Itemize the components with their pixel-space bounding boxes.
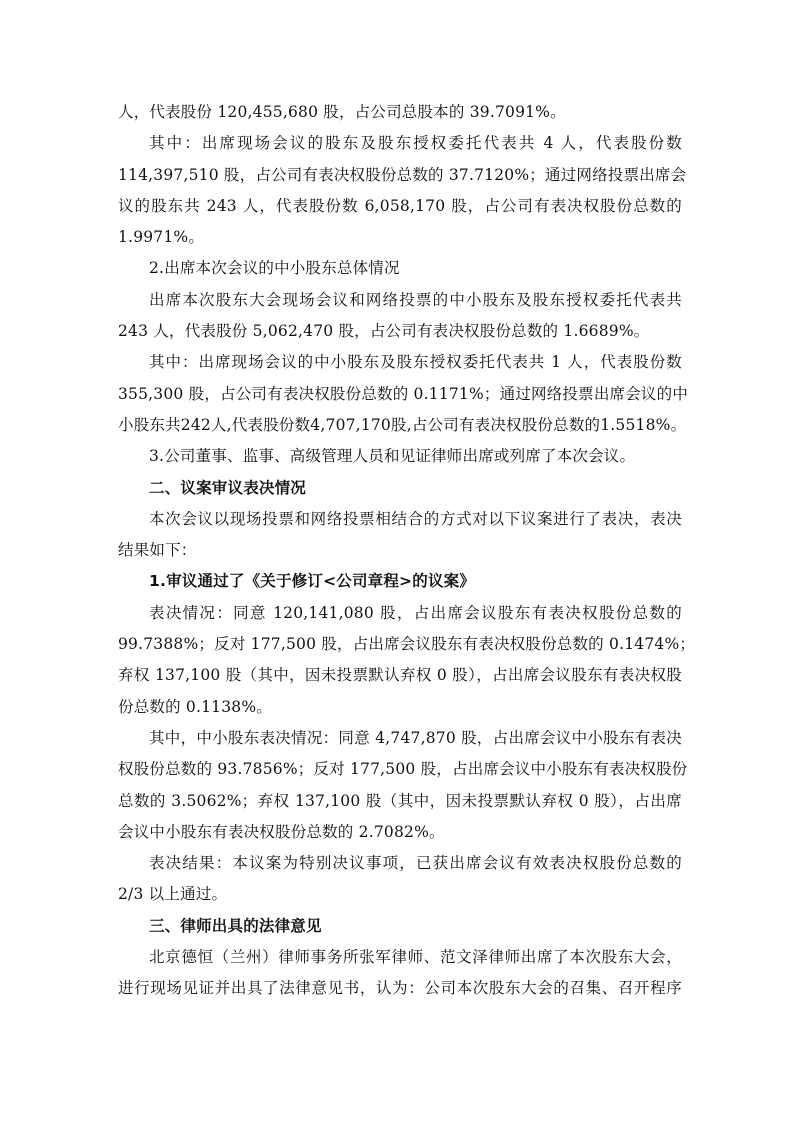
text-line: 小股东共242人,代表股份数4,707,170股,占公司有表决权股份总数的1.5… — [118, 410, 682, 441]
text-line: 表决结果：本议案为特别决议事项，已获出席会议有效表决权股份总数的 — [118, 848, 682, 879]
text-line: 弃权 137,100 股（其中，因未投票默认弃权 0 股），占出席会议股东有表决… — [118, 660, 682, 691]
text-line: 其中，中小股东表决情况：同意 4,747,870 股，占出席会议中小股东有表决 — [118, 723, 682, 754]
text-line: 其中：出席现场会议的股东及股东授权委托代表共 4 人，代表股份数 — [118, 128, 682, 159]
text-line: 114,397,510 股，占公司有表决权股份总数的 37.7120%；通过网络… — [118, 160, 682, 191]
text-line: 总数的 3.5062%；弃权 137,100 股（其中，因未投票默认弃权 0 股… — [118, 786, 682, 817]
text-line: 进行现场见证并出具了法律意见书，认为：公司本次股东大会的召集、召开程序 — [118, 973, 682, 1004]
section-heading: 1.审议通过了《关于修订<公司章程>的议案》 — [118, 566, 682, 597]
text-line: 议的股东共 243 人，代表股份数 6,058,170 股，占公司有表决权股份总… — [118, 191, 682, 222]
text-line: 份总数的 0.1138%。 — [118, 692, 682, 723]
text-line: 出席本次股东大会现场会议和网络投票的中小股东及股东授权委托代表共 — [118, 285, 682, 316]
text-line: 权股份总数的 93.7856%；反对 177,500 股，占出席会议中小股东有表… — [118, 754, 682, 785]
text-line: 1.9971%。 — [118, 222, 682, 253]
text-line: 会议中小股东有表决权股份总数的 2.7082%。 — [118, 817, 682, 848]
text-line: 表决情况：同意 120,141,080 股，占出席会议股东有表决权股份总数的 — [118, 598, 682, 629]
text-line: 其中：出席现场会议的中小股东及股东授权委托代表共 1 人，代表股份数 — [118, 347, 682, 378]
text-line: 北京德恒（兰州）律师事务所张军律师、范文泽律师出席了本次股东大会， — [118, 942, 682, 973]
text-line: 本次会议以现场投票和网络投票相结合的方式对以下议案进行了表决，表决 — [118, 504, 682, 535]
text-line: 结果如下： — [118, 535, 682, 566]
section-heading: 三、律师出具的法律意见 — [118, 911, 682, 942]
text-line: 3.公司董事、监事、高级管理人员和见证律师出席或列席了本次会议。 — [118, 441, 682, 472]
text-line: 2/3 以上通过。 — [118, 879, 682, 910]
text-line: 人，代表股份 120,455,680 股，占公司总股本的 39.7091%。 — [118, 97, 682, 128]
section-heading: 二、议案审议表决情况 — [118, 473, 682, 504]
text-line: 99.7388%；反对 177,500 股，占出席会议股东有表决权股份总数的 0… — [118, 629, 682, 660]
document-page: 人，代表股份 120,455,680 股，占公司总股本的 39.7091%。其中… — [118, 97, 682, 1005]
text-line: 355,300 股，占公司有表决权股份总数的 0.1171%；通过网络投票出席会… — [118, 379, 682, 410]
text-line: 243 人，代表股份 5,062,470 股，占公司有表决权股份总数的 1.66… — [118, 316, 682, 347]
text-line: 2.出席本次会议的中小股东总体情况 — [118, 253, 682, 284]
